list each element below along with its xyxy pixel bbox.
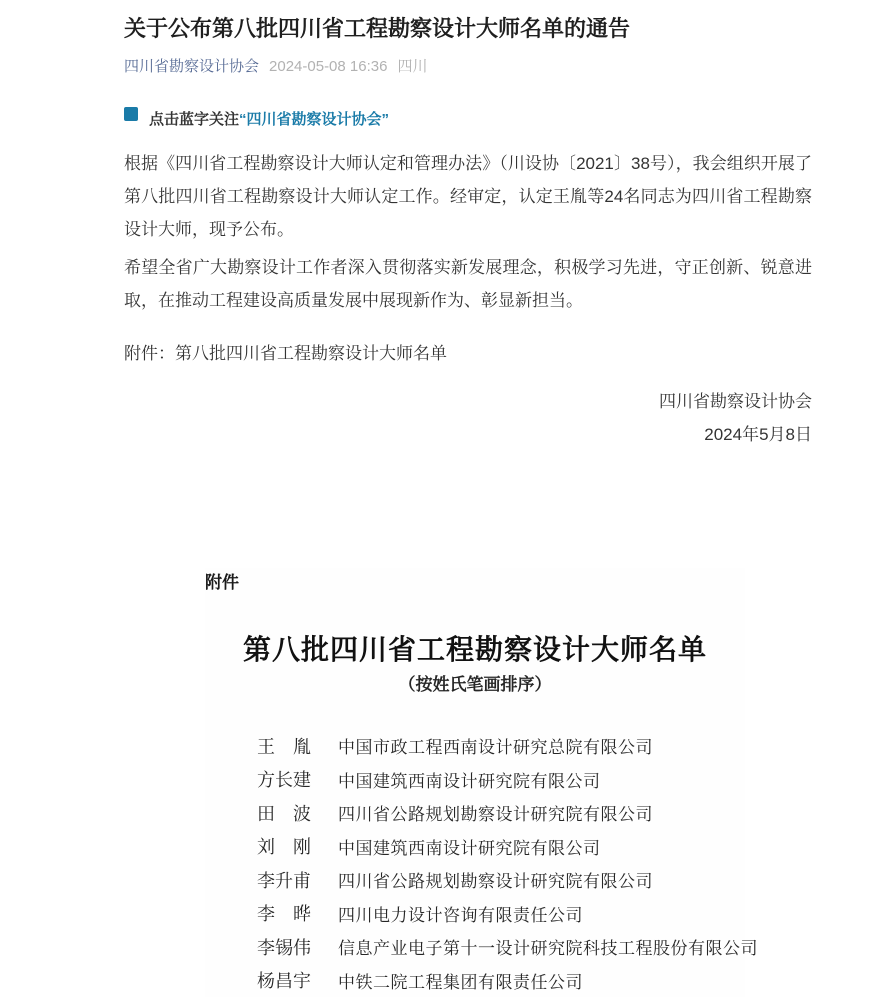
list-item: 杨昌宇 中铁二院工程集团有限责任公司 <box>205 964 745 998</box>
masters-list: 王 胤 中国市政工程西南设计研究总院有限公司 方长建 中国建筑西南设计研究院有限… <box>205 729 745 997</box>
attachment-title: 第八批四川省工程勘察设计大师名单 <box>205 631 745 671</box>
follow-banner-prefix: 点击蓝字关注 <box>149 111 239 128</box>
master-company: 中国建筑西南设计研究院有限公司 <box>338 767 601 792</box>
signature-block: 四川省勘察设计协会 2024年5月8日 <box>124 385 812 451</box>
body-paragraph-2: 希望全省广大勘察设计工作者深入贯彻落实新发展理念，积极学习先进，守正创新、锐意进… <box>124 251 812 317</box>
list-item: 田 波 四川省公路规划勘察设计研究院有限公司 <box>205 796 745 830</box>
article-page: 关于公布第八批四川省工程勘察设计大师名单的通告 四川省勘察设计协会 2024-0… <box>0 0 888 998</box>
master-company: 中国市政工程西南设计研究总院有限公司 <box>338 733 653 758</box>
follow-banner: 点击蓝字关注“四川省勘察设计协会” <box>124 111 812 129</box>
master-name: 杨昌宇 <box>257 967 311 993</box>
list-item: 李升甫 四川省公路规划勘察设计研究院有限公司 <box>205 863 745 897</box>
master-company: 四川省公路规划勘察设计研究院有限公司 <box>338 867 653 892</box>
master-company: 四川省公路规划勘察设计研究院有限公司 <box>338 800 653 825</box>
list-item: 方长建 中国建筑西南设计研究院有限公司 <box>205 763 745 797</box>
master-name: 刘 刚 <box>257 833 311 859</box>
signature-org: 四川省勘察设计协会 <box>124 385 812 418</box>
attachment-reference: 附件：第八批四川省工程勘察设计大师名单 <box>124 337 812 370</box>
publish-location: 四川 <box>397 57 427 77</box>
master-name: 王 胤 <box>257 733 311 759</box>
article-body: 关于公布第八批四川省工程勘察设计大师名单的通告 四川省勘察设计协会 2024-0… <box>124 0 812 997</box>
master-company: 中铁二院工程集团有限责任公司 <box>338 968 583 993</box>
master-name: 方长建 <box>257 766 311 792</box>
byline: 四川省勘察设计协会 2024-05-08 16:36 四川 <box>124 57 812 77</box>
body-paragraph-1: 根据《四川省工程勘察设计大师认定和管理办法》（川设协〔2021〕38号），我会组… <box>124 147 812 246</box>
master-name: 李锡伟 <box>257 934 311 960</box>
list-item: 刘 刚 中国建筑西南设计研究院有限公司 <box>205 830 745 864</box>
attachment-label: 附件 <box>205 568 745 593</box>
square-bullet-icon <box>124 107 138 121</box>
master-company: 四川电力设计咨询有限责任公司 <box>338 901 583 926</box>
master-name: 田 波 <box>257 800 311 826</box>
attachment-subtitle: （按姓氏笔画排序） <box>205 673 745 697</box>
master-company: 中国建筑西南设计研究院有限公司 <box>338 834 601 859</box>
list-item: 王 胤 中国市政工程西南设计研究总院有限公司 <box>205 729 745 763</box>
master-name: 李升甫 <box>257 867 311 893</box>
follow-banner-text: 点击蓝字关注“四川省勘察设计协会” <box>149 111 389 129</box>
list-item: 李 晔 四川电力设计咨询有限责任公司 <box>205 897 745 931</box>
signature-date: 2024年5月8日 <box>124 418 812 451</box>
list-item: 李锡伟 信息产业电子第十一设计研究院科技工程股份有限公司 <box>205 930 745 964</box>
follow-account-link[interactable]: “四川省勘察设计协会” <box>239 111 389 128</box>
attachment-image[interactable]: 附件 第八批四川省工程勘察设计大师名单 （按姓氏笔画排序） 王 胤 中国市政工程… <box>205 568 745 997</box>
account-name-link[interactable]: 四川省勘察设计协会 <box>124 57 259 77</box>
publish-timestamp: 2024-05-08 16:36 <box>269 57 387 77</box>
page-title: 关于公布第八批四川省工程勘察设计大师名单的通告 <box>124 0 812 44</box>
master-company: 信息产业电子第十一设计研究院科技工程股份有限公司 <box>338 934 758 959</box>
master-name: 李 晔 <box>257 900 311 926</box>
